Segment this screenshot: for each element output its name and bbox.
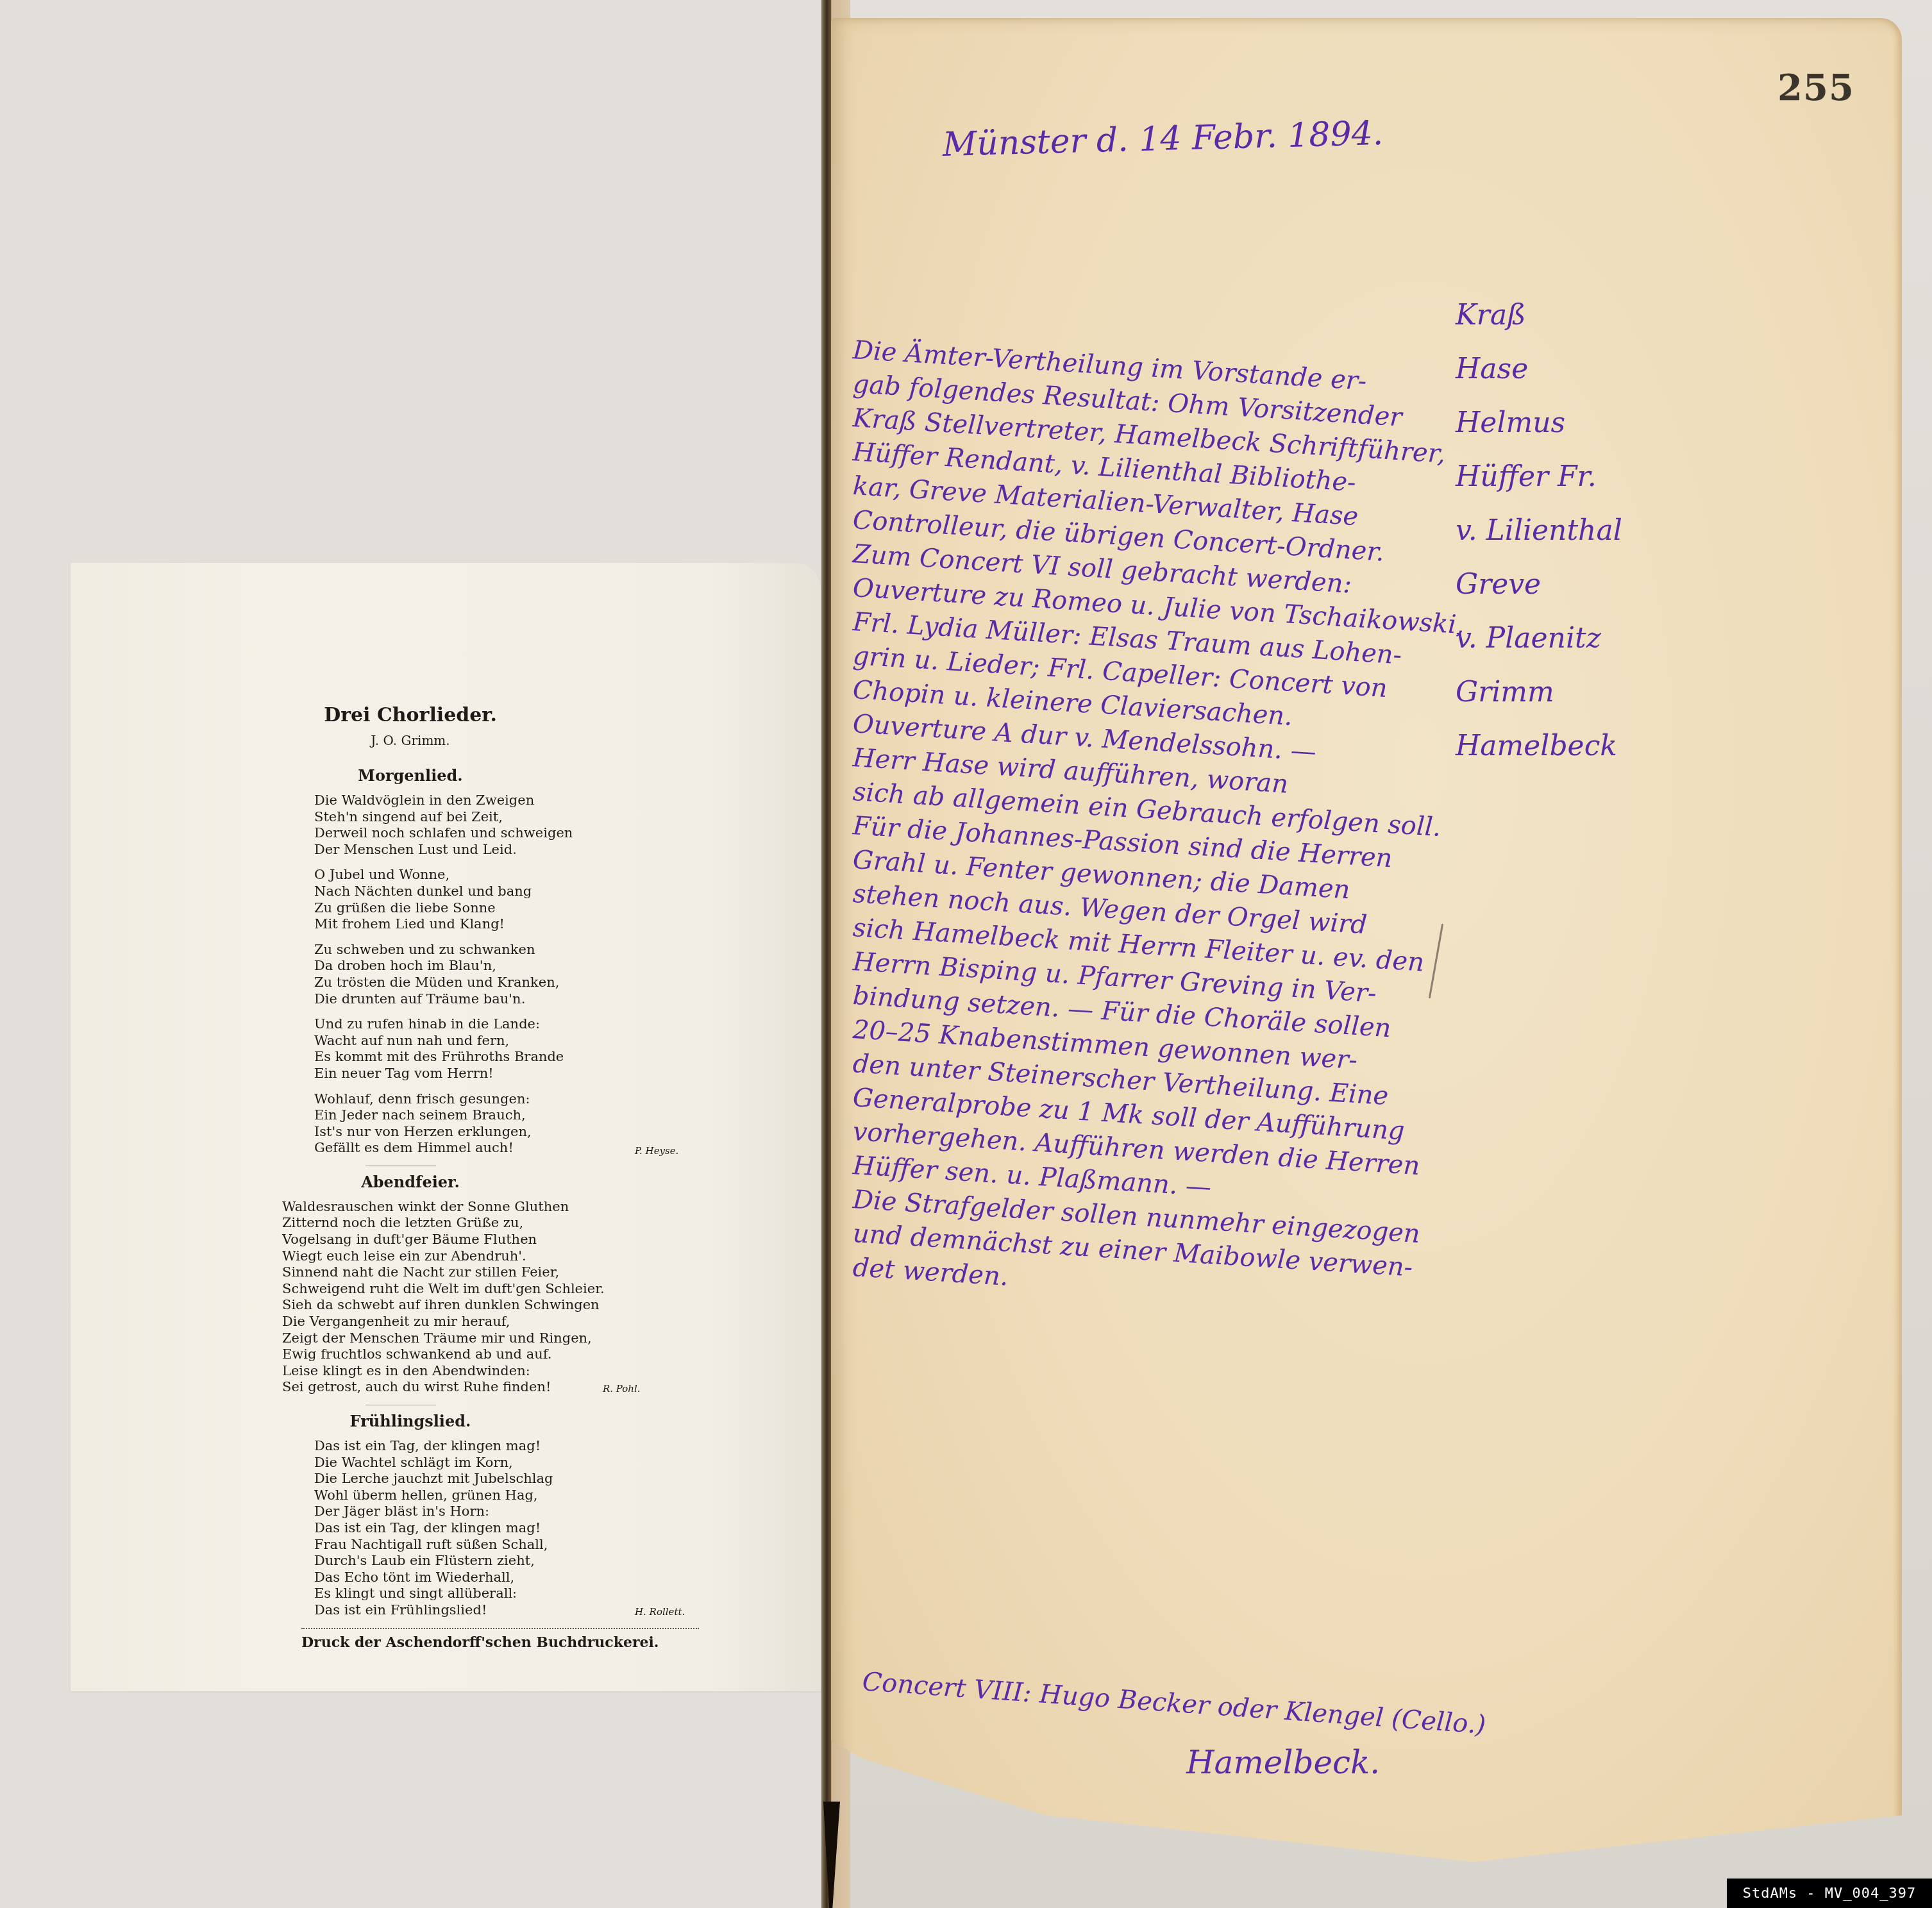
attendee-name: Grimm [1456,665,1622,719]
minutes-body: Die Ämter-Vertheilung im Vorstande er- g… [853,333,1443,1285]
poem-author: R. Pohl. [603,1383,641,1394]
verse-line: Es kommt mit des Frühroths Brande [314,1049,814,1066]
verse-line: Das ist ein Tag, der klingen mag! [314,1438,814,1455]
attendee-name: Hüffer Fr. [1456,450,1622,504]
poem-title: Morgenlied. [218,766,603,785]
stanza: Wohlauf, denn frisch gesungen: Ein Jeder… [314,1091,814,1157]
poem-fruehlingslied: Frühlingslied. Das ist ein Tag, der klin… [314,1412,814,1619]
leaflet-content: Drei Chorlieder. J. O. Grimm. Morgenlied… [314,704,814,1651]
verse-line: Schweigend ruht die Welt im duft'gen Sch… [282,1281,814,1298]
divider [365,1405,436,1405]
book-spine [821,0,832,1908]
verse-line: Die Waldvöglein in den Zweigen [314,792,814,809]
verse-line: Ein neuer Tag vom Herrn! [314,1066,814,1082]
secretary-signature: Hamelbeck. [1186,1744,1380,1781]
leaflet-title: Drei Chorlieder. [218,704,603,726]
verse-line: Derweil noch schlafen und schweigen [314,825,814,842]
poem-abendfeier: Abendfeier. Waldesrauschen winkt der Son… [282,1173,814,1405]
verse-line: Sei getrost, auch du wirst Ruhe finden! [282,1379,814,1396]
verse-line: Ist's nur von Herzen erklungen, [314,1124,814,1141]
attendee-list: Kraß Hase Helmus Hüffer Fr. v. Lilientha… [1456,289,1622,773]
verse-line: Mit frohem Lied und Klang! [314,916,814,933]
verse-line: Wiegt euch leise ein zur Abendruh'. [282,1248,814,1265]
attendee-name: Greve [1456,558,1622,612]
attendee-name: v. Plaenitz [1456,612,1622,665]
verse-line: Ewig fruchtlos schwankend ab und auf. [282,1346,814,1363]
verse-line: Das ist ein Tag, der klingen mag! [314,1520,814,1537]
verse-line: Das Echo tönt im Wiederhall, [314,1569,814,1586]
verse-line: Da droben hoch im Blau'n, [314,958,814,975]
verse-line: Nach Nächten dunkel und bang [314,883,814,900]
verse-line: Zitternd noch die letzten Grüße zu, [282,1215,814,1232]
stanza: Waldesrauschen winkt der Sonne Gluthen Z… [282,1199,814,1396]
attendee-name: Hamelbeck [1456,719,1622,773]
stanza: Die Waldvöglein in den Zweigen Steh'n si… [314,792,814,858]
printer-divider [301,1628,699,1629]
verse-line: Wohl überm hellen, grünen Hag, [314,1487,814,1504]
verse-line: Die Lerche jauchzt mit Jubelschlag [314,1471,814,1487]
verse-line: Steh'n singend auf bei Zeit, [314,809,814,826]
printer-imprint: Druck der Aschendorff'schen Buchdruckere… [301,1634,814,1651]
poem-title: Abendfeier. [218,1173,603,1191]
verse-line: O Jubel und Wonne, [314,867,814,883]
stanza: Und zu rufen hinab in die Lande: Wacht a… [314,1016,814,1082]
verse-line: Zu trösten die Müden und Kranken, [314,975,814,991]
verse-line: Zu schweben und zu schwanken [314,942,814,958]
verse-line: Der Menschen Lust und Leid. [314,842,814,858]
verse-line: Der Jäger bläst in's Horn: [314,1503,814,1520]
poem-author: P. Heyse. [635,1145,678,1157]
poem-title: Frühlingslied. [218,1412,603,1430]
leaflet-composer: J. O. Grimm. [218,733,603,748]
attendee-name: Hase [1456,342,1622,396]
verse-line: Durch's Laub ein Flüstern zieht, [314,1553,814,1569]
stanza: Das ist ein Tag, der klingen mag! Die Wa… [314,1438,814,1619]
archive-signature-label: StdAMs - MV_004_397 [1727,1879,1932,1908]
verse-line: Zu grüßen die liebe Sonne [314,900,814,917]
poem-author: H. Rollett. [635,1606,685,1618]
printed-leaflet: Drei Chorlieder. J. O. Grimm. Morgenlied… [71,563,821,1691]
verse-line: Gefällt es dem Himmel auch! [314,1140,814,1157]
verse-line: Es klingt und singt allüberall: [314,1586,814,1602]
poem-morgenlied: Morgenlied. Die Waldvöglein in den Zweig… [314,766,814,1166]
attendee-name: Helmus [1456,396,1622,450]
verse-line: Waldesrauschen winkt der Sonne Gluthen [282,1199,814,1216]
verse-line: Frau Nachtigall ruft süßen Schall, [314,1537,814,1553]
verse-line: Leise klingt es in den Abendwinden: [282,1363,814,1380]
verse-line: Sieh da schwebt auf ihren dunklen Schwin… [282,1297,814,1314]
verse-line: Die Wachtel schlägt im Korn, [314,1455,814,1471]
verse-line: Das ist ein Frühlingslied! [314,1602,814,1619]
verse-line: Die Vergangenheit zu mir herauf, [282,1314,814,1330]
verse-line: Zeigt der Menschen Träume mir und Ringen… [282,1330,814,1347]
stanza: O Jubel und Wonne, Nach Nächten dunkel u… [314,867,814,932]
attendee-name: Kraß [1456,289,1622,342]
divider [365,1166,436,1166]
verse-line: Sinnend naht die Nacht zur stillen Feier… [282,1264,814,1281]
verse-line: Wohlauf, denn frisch gesungen: [314,1091,814,1108]
verse-line: Wacht auf nun nah und fern, [314,1033,814,1050]
stanza: Zu schweben und zu schwanken Da droben h… [314,942,814,1007]
attendee-name: v. Lilienthal [1456,504,1622,558]
verse-line: Vogelsang in duft'ger Bäume Fluthen [282,1232,814,1248]
page-number: 255 [1777,67,1854,109]
verse-line: Die drunten auf Träume bau'n. [314,991,814,1008]
verse-line: Und zu rufen hinab in die Lande: [314,1016,814,1033]
verse-line: Ein Jeder nach seinem Brauch, [314,1107,814,1124]
